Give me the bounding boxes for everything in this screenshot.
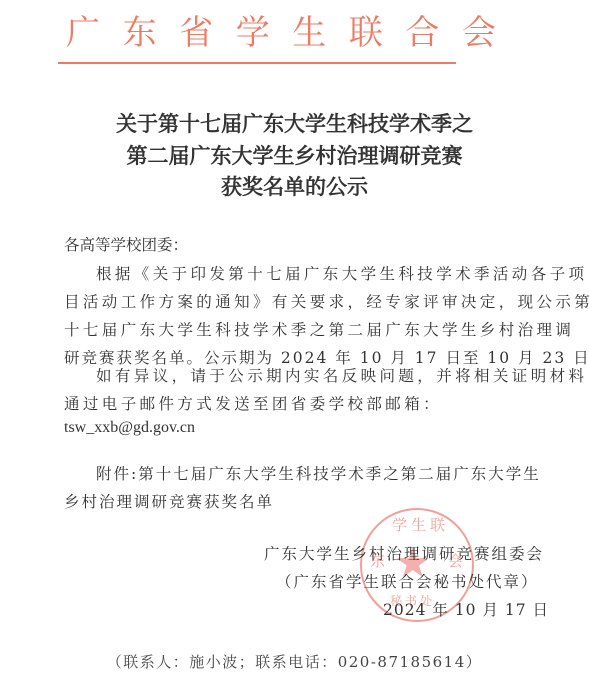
signature-organization: 广东大学生乡村治理调研竞赛组委会	[264, 542, 544, 564]
seal-top-text: 学生联	[392, 514, 449, 535]
paragraph-2-line: 通过电子邮件方式发送至团省委学校部邮箱：	[64, 392, 442, 414]
masthead-divider	[58, 62, 456, 64]
paragraph-1-line: 目活动工作方案的通知》有关要求，经专家评审决定，现公示第	[64, 290, 589, 312]
masthead-char: 学	[236, 16, 270, 50]
attachment-line: 乡村治理调研竞赛获奖名单	[64, 490, 274, 512]
document-title-line-2: 第二届广东大学生乡村治理调研竞赛	[0, 140, 589, 170]
masthead-char: 生	[292, 16, 326, 50]
masthead-char: 会	[462, 16, 496, 50]
paragraph-1-line: 十七届广东大学生科技学术季之第二届广东大学生乡村治理调	[64, 318, 574, 340]
document-title-line-3: 获奖名单的公示	[0, 171, 589, 201]
signature-date: 2024 年 10 月 17 日	[383, 598, 549, 620]
email-address[interactable]: tsw_xxb@gd.gov.cn	[64, 419, 195, 437]
contact-footer: （联系人：施小波；联系电话：020-87185614）	[0, 651, 589, 672]
masthead-char: 广	[66, 16, 100, 50]
paragraph-1-line: 根据《关于印发第十七届广东大学生科技学术季活动各子项	[96, 262, 587, 284]
masthead-char: 联	[349, 16, 383, 50]
paragraph-2-line: 如有异议，请于公示期内实名反映问题，并将相关证明材料	[96, 364, 587, 386]
attachment-line: 附件:第十七届广东大学生科技学术季之第二届广东大学生	[96, 462, 541, 484]
masthead: 广 东 省 学 生 联 合 会	[66, 8, 496, 58]
masthead-char: 省	[179, 16, 213, 50]
document-title-line-1: 关于第十七届广东大学生科技学术季之	[0, 108, 589, 138]
masthead-char: 合	[405, 16, 439, 50]
masthead-char: 东	[123, 16, 157, 50]
signature-seal-note: （广东省学生联合会秘书处代章）	[276, 570, 539, 592]
salutation: 各高等学校团委：	[64, 233, 188, 255]
